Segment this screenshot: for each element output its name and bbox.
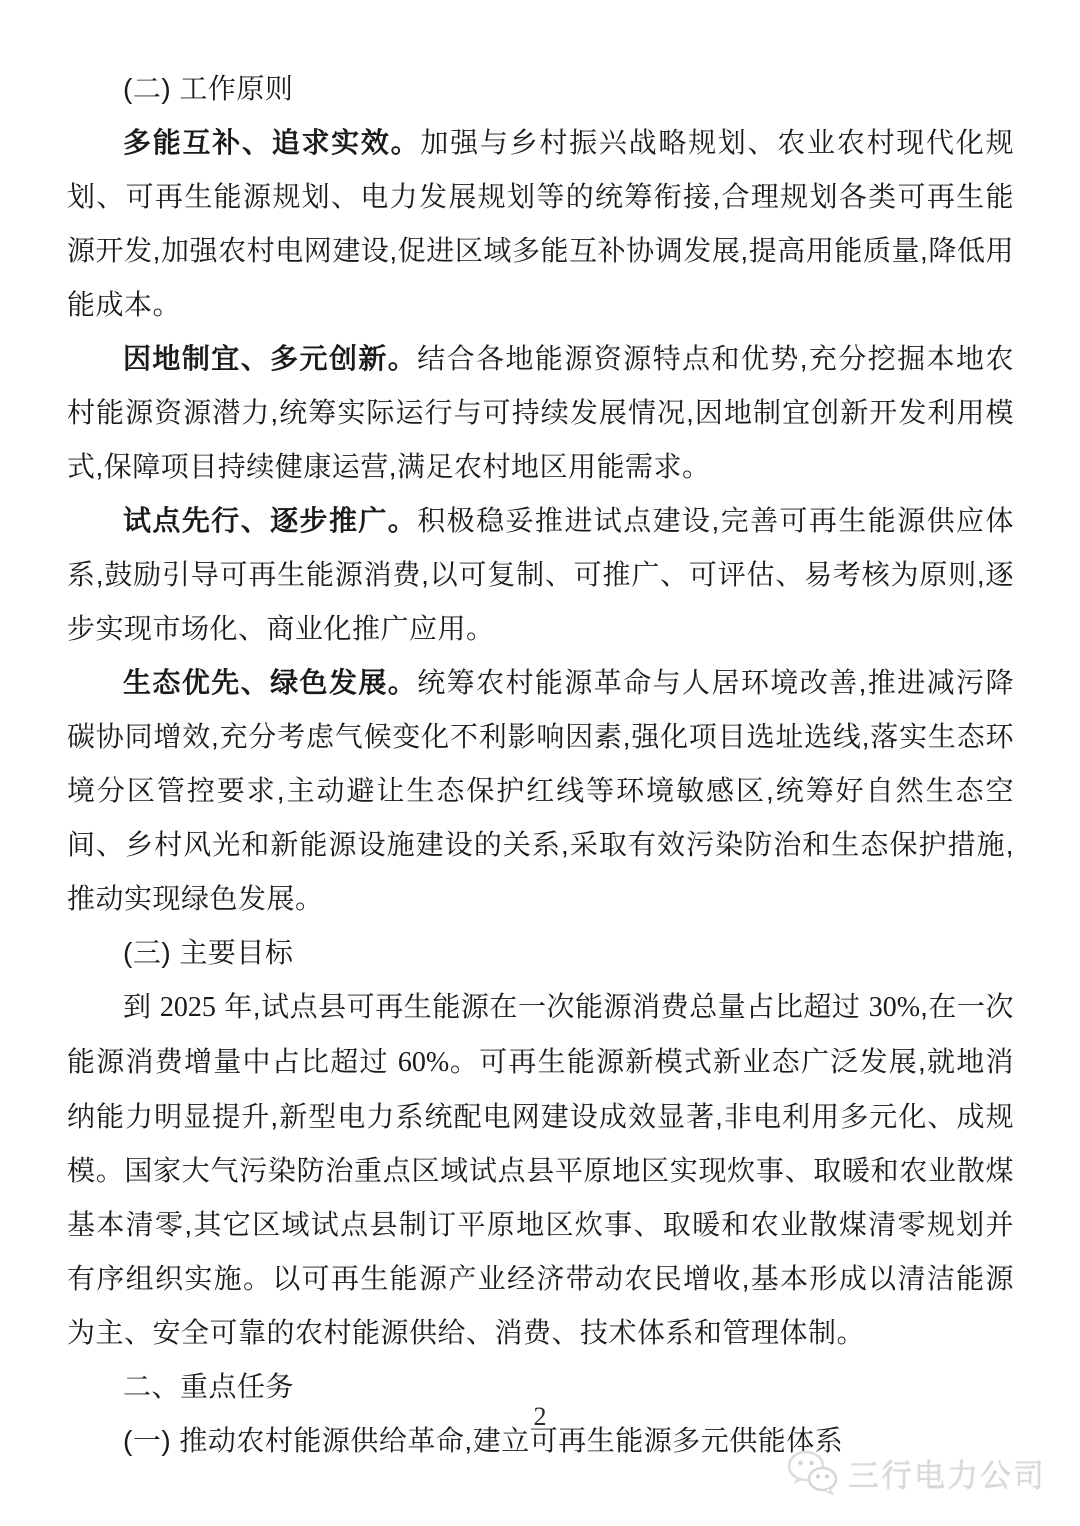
section-heading: (二) 工作原则 bbox=[67, 62, 1014, 116]
paragraph: 试点先行、逐步推广。积极稳妥推进试点建设,完善可再生能源供应体系,鼓励引导可再生… bbox=[67, 494, 1014, 656]
text-run: 60% bbox=[398, 1047, 449, 1078]
paragraph-lead: 试点先行、逐步推广。 bbox=[123, 505, 417, 536]
text-run: 2025 bbox=[160, 992, 216, 1023]
text-run: (三) 主要目标 bbox=[123, 937, 293, 968]
text-run: 年,试点县可再生能源在一次能源消费总量占比超过 bbox=[216, 991, 869, 1022]
paragraph-lead: 生态优先、绿色发展。 bbox=[123, 667, 417, 698]
paragraph-lead: 多能互补、追求实效。 bbox=[123, 127, 420, 158]
document-body: (二) 工作原则多能互补、追求实效。加强与乡村振兴战略规划、农业农村现代化规划、… bbox=[67, 62, 1014, 1468]
paragraph: 多能互补、追求实效。加强与乡村振兴战略规划、农业农村现代化规划、可再生能源规划、… bbox=[67, 116, 1014, 332]
text-run: 二、重点任务 bbox=[123, 1371, 294, 1402]
document-page: (二) 工作原则多能互补、追求实效。加强与乡村振兴战略规划、农业农村现代化规划、… bbox=[0, 0, 1080, 1526]
wechat-icon bbox=[787, 1450, 839, 1496]
paragraph: 因地制宜、多元创新。结合各地能源资源特点和优势,充分挖掘本地农村能源资源潜力,统… bbox=[67, 332, 1014, 494]
text-run: 。可再生能源新模式新业态广泛发展,就地消纳能力明显提升,新型电力系统配电网建设成… bbox=[67, 1046, 1014, 1348]
page-number: 2 bbox=[0, 1402, 1080, 1432]
paragraph: 生态优先、绿色发展。统筹农村能源革命与人居环境改善,推进减污降碳协同增效,充分考… bbox=[67, 656, 1014, 926]
text-run: 统筹农村能源革命与人居环境改善,推进减污降碳协同增效,充分考虑气候变化不利影响因… bbox=[67, 667, 1014, 914]
text-run: 到 bbox=[123, 991, 160, 1022]
paragraph-lead: 因地制宜、多元创新。 bbox=[123, 343, 417, 374]
section-heading: (三) 主要目标 bbox=[67, 926, 1014, 980]
text-run: 30% bbox=[869, 992, 920, 1023]
brand-watermark: 三行电力公司 bbox=[787, 1450, 1046, 1496]
brand-name: 三行电力公司 bbox=[848, 1451, 1046, 1496]
paragraph: 到 2025 年,试点县可再生能源在一次能源消费总量占比超过 30%,在一次能源… bbox=[67, 980, 1014, 1360]
text-run: (二) 工作原则 bbox=[123, 73, 293, 104]
